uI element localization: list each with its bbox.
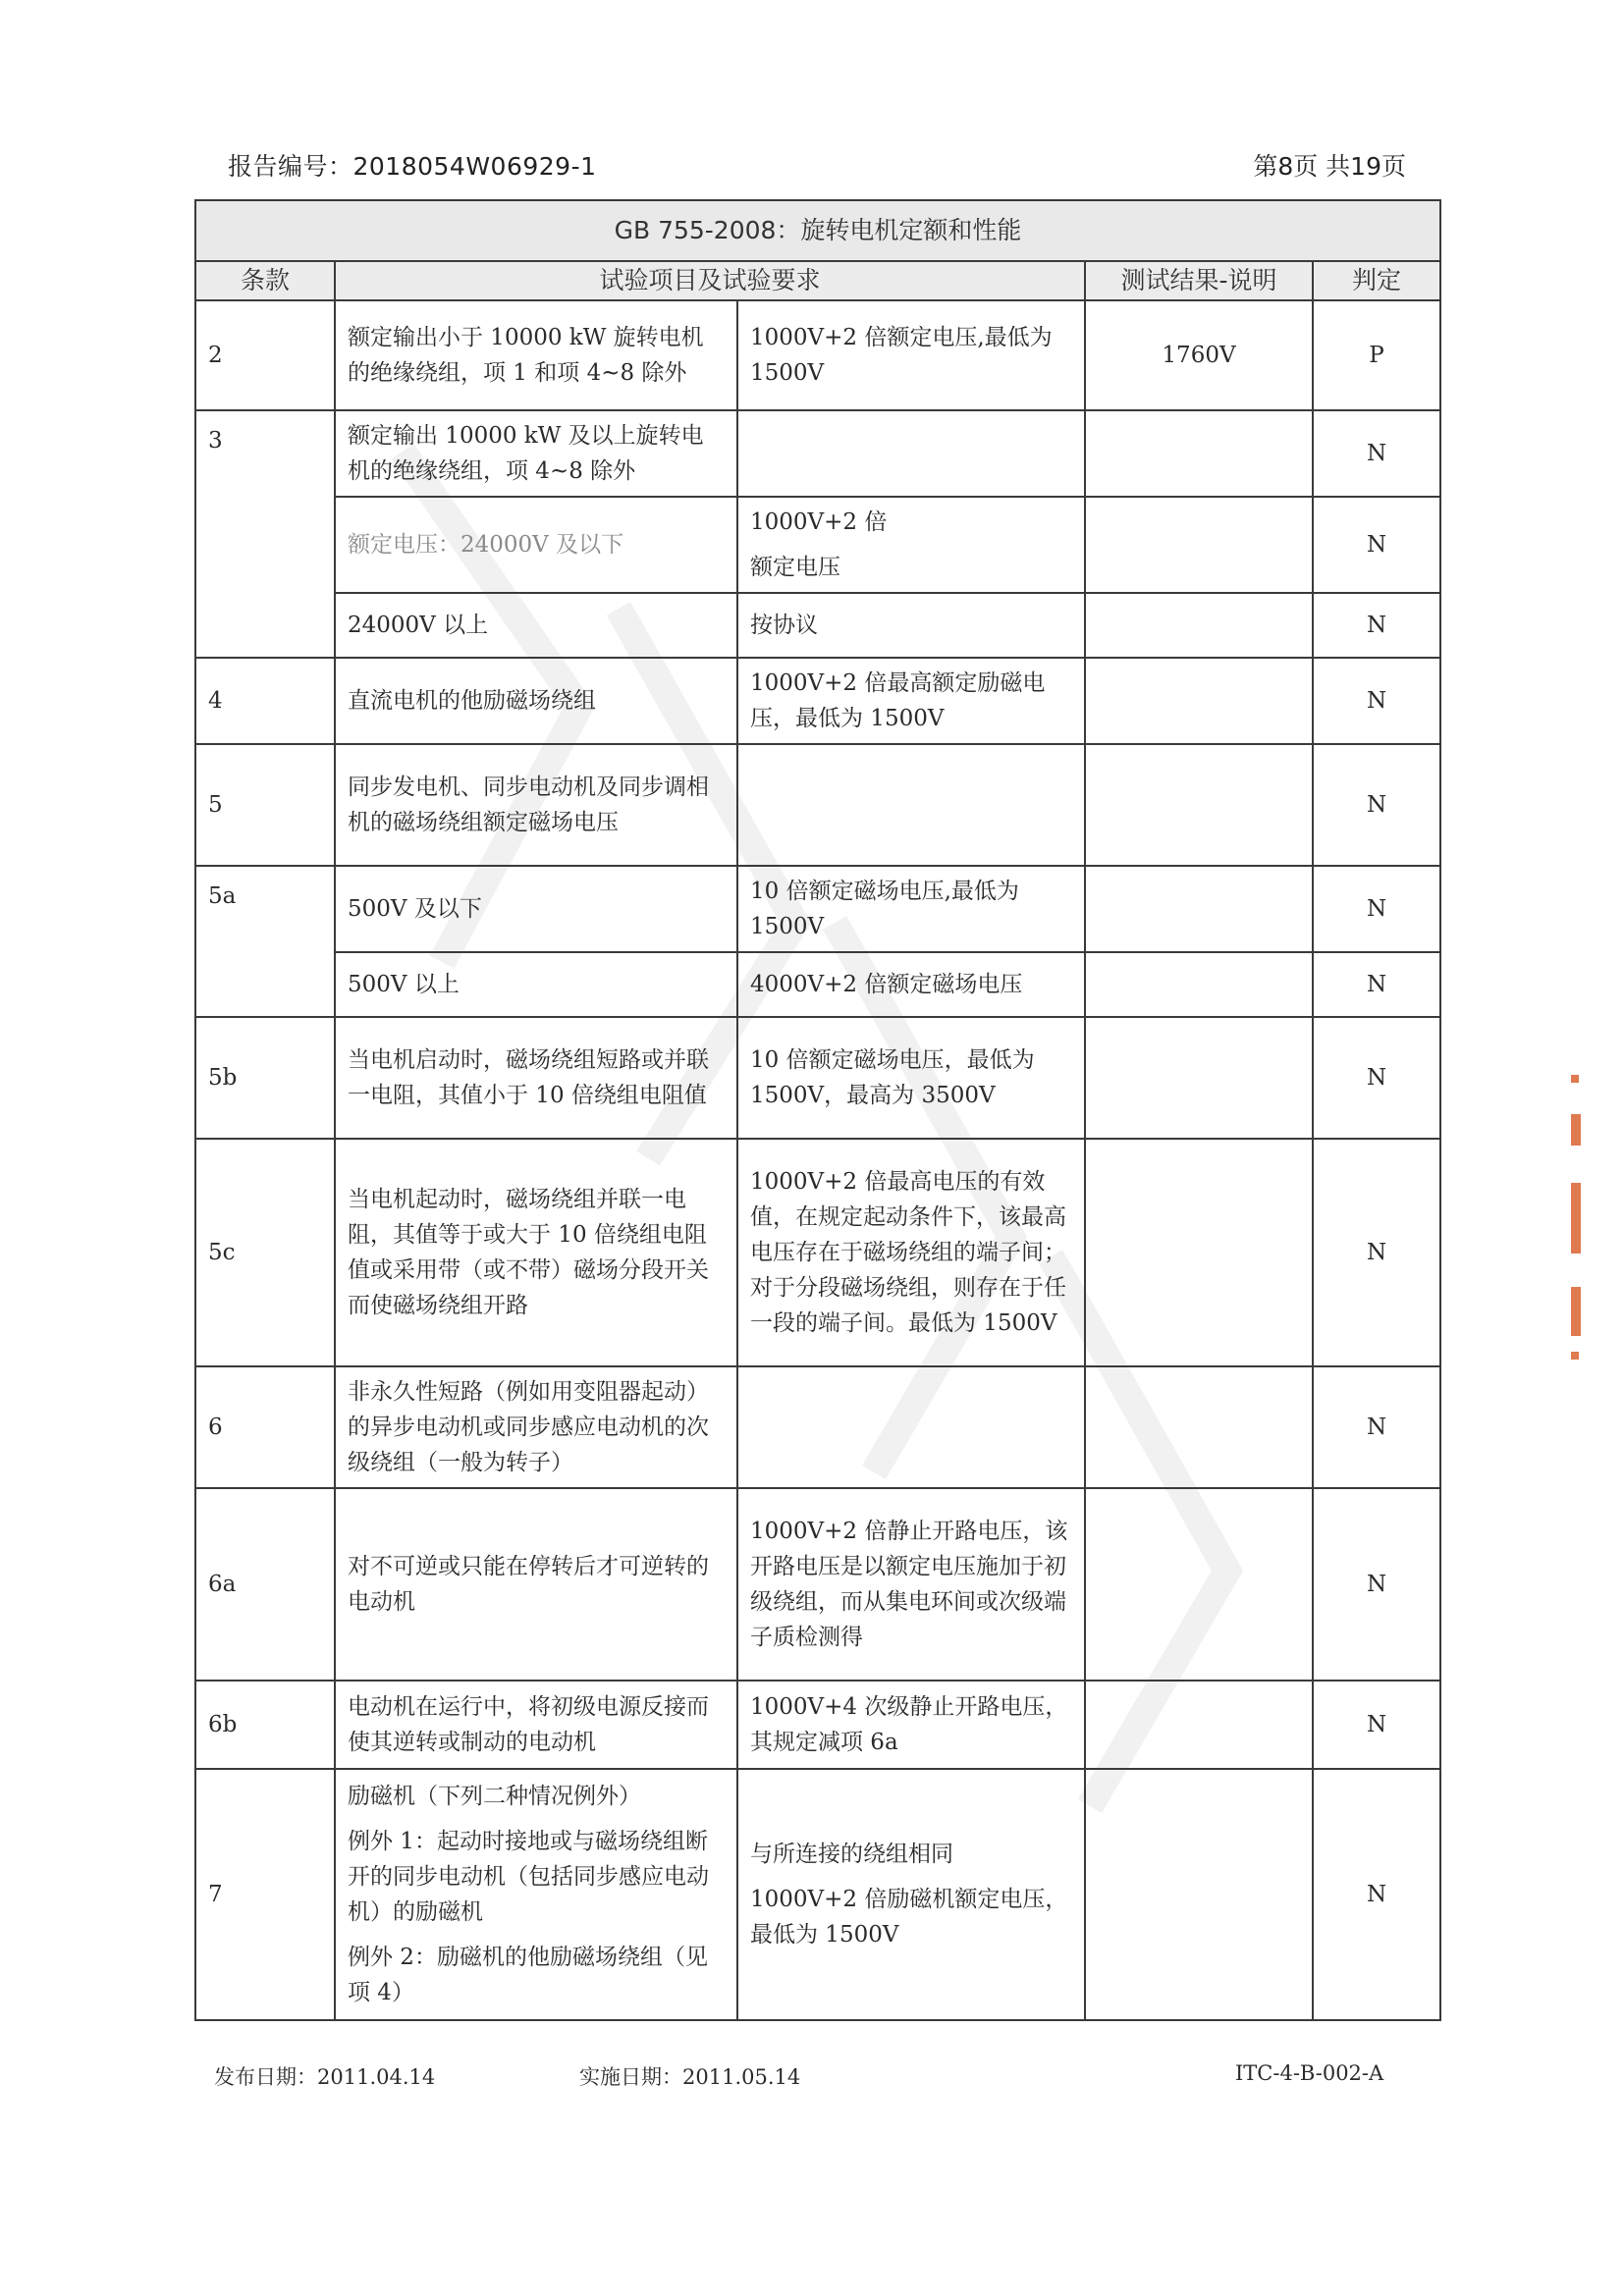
table-row: 额定电压：24000V 及以下 1000V+2 倍 额定电压 N	[195, 497, 1440, 593]
table-row: 5c 当电机起动时，磁场绕组并联一电阻，其值等于或大于 10 倍绕组电阻值或采用…	[195, 1139, 1440, 1366]
clause-cell: 6b	[195, 1681, 335, 1769]
result-cell	[1085, 1769, 1313, 2020]
result-cell	[1085, 497, 1313, 593]
page-info: 第8页 共19页	[1253, 147, 1406, 183]
clause-cell: 5b	[195, 1017, 335, 1139]
clause-cell: 6	[195, 1366, 335, 1488]
verdict-cell: N	[1313, 1017, 1440, 1139]
requirement-cell: 1000V+4 次级静止开路电压，其规定减项 6a	[737, 1681, 1085, 1769]
verdict-cell: P	[1313, 300, 1440, 410]
table-title: GB 755-2008：旋转电机定额和性能	[195, 200, 1440, 261]
requirement-cell: 1000V+2 倍 额定电压	[737, 497, 1085, 593]
item-cell: 额定输出 10000 kW 及以上旋转电机的绝缘绕组，项 4~8 除外	[335, 410, 737, 497]
result-cell	[1085, 410, 1313, 497]
seal-stamp-icon	[1571, 1075, 1583, 1360]
item-cell: 同步发电机、同步电动机及同步调相机的磁场绕组额定磁场电压	[335, 744, 737, 866]
issue-date: 发布日期：2011.04.14	[214, 2061, 435, 2091]
result-cell	[1085, 1488, 1313, 1681]
verdict-cell: N	[1313, 1681, 1440, 1769]
table-row: 500V 以上 4000V+2 倍额定磁场电压 N	[195, 952, 1440, 1017]
clause-cell: 5a	[195, 866, 335, 1017]
result-cell	[1085, 866, 1313, 952]
item-cell: 当电机起动时，磁场绕组并联一电阻，其值等于或大于 10 倍绕组电阻值或采用带（或…	[335, 1139, 737, 1366]
item-cell: 500V 以上	[335, 952, 737, 1017]
clause-cell: 6a	[195, 1488, 335, 1681]
requirement-cell	[737, 410, 1085, 497]
requirement-cell	[737, 744, 1085, 866]
result-cell	[1085, 1681, 1313, 1769]
table-row: 6b 电动机在运行中，将初级电源反接而使其逆转或制动的电动机 1000V+4 次…	[195, 1681, 1440, 1769]
requirement-line: 与所连接的绕组相同	[750, 1837, 1072, 1872]
table-row: 5 同步发电机、同步电动机及同步调相机的磁场绕组额定磁场电压 N	[195, 744, 1440, 866]
result-cell	[1085, 658, 1313, 744]
item-cell: 非永久性短路（例如用变阻器起动）的异步电动机或同步感应电动机的次级绕组（一般为转…	[335, 1366, 737, 1488]
requirement-cell: 1000V+2 倍静止开路电压，该开路电压是以额定电压施加于初级绕组，而从集电环…	[737, 1488, 1085, 1681]
table-row: 3 额定输出 10000 kW 及以上旋转电机的绝缘绕组，项 4~8 除外 N	[195, 410, 1440, 497]
verdict-cell: N	[1313, 1366, 1440, 1488]
column-header-clause: 条款	[195, 261, 335, 300]
verdict-cell: N	[1313, 744, 1440, 866]
clause-cell: 2	[195, 300, 335, 410]
requirement-cell: 与所连接的绕组相同 1000V+2 倍励磁机额定电压，最低为 1500V	[737, 1769, 1085, 2020]
item-cell: 对不可逆或只能在停转后才可逆转的电动机	[335, 1488, 737, 1681]
requirement-line: 1000V+2 倍励磁机额定电压，最低为 1500V	[750, 1882, 1072, 1952]
table-row: 7 励磁机（下列二种情况例外） 例外 1：起动时接地或与磁场绕组断开的同步电动机…	[195, 1769, 1440, 2020]
column-header-item-requirement: 试验项目及试验要求	[335, 261, 1085, 300]
item-cell: 额定电压：24000V 及以下	[335, 497, 737, 593]
requirement-cell: 10 倍额定磁场电压，最低为 1500V，最高为 3500V	[737, 1017, 1085, 1139]
table-row: 4 直流电机的他励磁场绕组 1000V+2 倍最高额定励磁电压，最低为 1500…	[195, 658, 1440, 744]
item-cell: 当电机启动时，磁场绕组短路或并联一电阻，其值小于 10 倍绕组电阻值	[335, 1017, 737, 1139]
clause-cell: 7	[195, 1769, 335, 2020]
table-row: 24000V 以上 按协议 N	[195, 593, 1440, 658]
item-cell: 额定输出小于 10000 kW 旋转电机的绝缘绕组，项 1 和项 4~8 除外	[335, 300, 737, 410]
item-cell: 500V 及以下	[335, 866, 737, 952]
requirement-line: 1000V+2 倍	[750, 505, 1072, 540]
requirement-cell: 10 倍额定磁场电压,最低为 1500V	[737, 866, 1085, 952]
verdict-cell: N	[1313, 497, 1440, 593]
result-cell	[1085, 1139, 1313, 1366]
clause-cell: 3	[195, 410, 335, 658]
item-cell: 24000V 以上	[335, 593, 737, 658]
verdict-cell: N	[1313, 952, 1440, 1017]
table-row: 2 额定输出小于 10000 kW 旋转电机的绝缘绕组，项 1 和项 4~8 除…	[195, 300, 1440, 410]
result-cell: 1760V	[1085, 300, 1313, 410]
requirement-cell: 4000V+2 倍额定磁场电压	[737, 952, 1085, 1017]
table-row: 6 非永久性短路（例如用变阻器起动）的异步电动机或同步感应电动机的次级绕组（一般…	[195, 1366, 1440, 1488]
table-row: 5b 当电机启动时，磁场绕组短路或并联一电阻，其值小于 10 倍绕组电阻值 10…	[195, 1017, 1440, 1139]
clause-cell: 5	[195, 744, 335, 866]
table-row: 6a 对不可逆或只能在停转后才可逆转的电动机 1000V+2 倍静止开路电压，该…	[195, 1488, 1440, 1681]
result-cell	[1085, 744, 1313, 866]
column-header-verdict: 判定	[1313, 261, 1440, 300]
verdict-cell: N	[1313, 593, 1440, 658]
effective-date: 实施日期：2011.05.14	[579, 2061, 800, 2091]
item-line: 励磁机（下列二种情况例外）	[348, 1779, 725, 1814]
result-cell	[1085, 593, 1313, 658]
verdict-cell: N	[1313, 658, 1440, 744]
item-cell: 励磁机（下列二种情况例外） 例外 1：起动时接地或与磁场绕组断开的同步电动机（包…	[335, 1769, 737, 2020]
item-cell: 直流电机的他励磁场绕组	[335, 658, 737, 744]
verdict-cell: N	[1313, 1769, 1440, 2020]
requirement-cell: 1000V+2 倍最高电压的有效值，在规定起动条件下，该最高电压存在于磁场绕组的…	[737, 1139, 1085, 1366]
form-code: ITC-4-B-002-A	[1235, 2061, 1383, 2085]
verdict-cell: N	[1313, 1139, 1440, 1366]
requirement-cell: 1000V+2 倍最高额定励磁电压，最低为 1500V	[737, 658, 1085, 744]
requirement-line: 额定电压	[750, 550, 1072, 585]
test-results-table: GB 755-2008：旋转电机定额和性能 条款 试验项目及试验要求 测试结果-…	[194, 199, 1441, 2021]
clause-cell: 5c	[195, 1139, 335, 1366]
page-footer: 发布日期：2011.04.14 实施日期：2011.05.14 ITC-4-B-…	[214, 2061, 1392, 2091]
requirement-cell	[737, 1366, 1085, 1488]
result-cell	[1085, 1017, 1313, 1139]
verdict-cell: N	[1313, 866, 1440, 952]
page-header: 报告编号：2018054W06929-1 第8页 共19页	[228, 145, 1406, 185]
verdict-cell: N	[1313, 410, 1440, 497]
verdict-cell: N	[1313, 1488, 1440, 1681]
result-cell	[1085, 1366, 1313, 1488]
result-cell	[1085, 952, 1313, 1017]
table-row: 5a 500V 及以下 10 倍额定磁场电压,最低为 1500V N	[195, 866, 1440, 952]
requirement-cell: 1000V+2 倍额定电压,最低为 1500V	[737, 300, 1085, 410]
item-line: 例外 1：起动时接地或与磁场绕组断开的同步电动机（包括同步感应电动机）的励磁机	[348, 1824, 725, 1930]
item-line: 例外 2：励磁机的他励磁场绕组（见项 4）	[348, 1940, 725, 2010]
column-header-result: 测试结果-说明	[1085, 261, 1313, 300]
report-number: 报告编号：2018054W06929-1	[228, 147, 597, 183]
item-cell: 电动机在运行中，将初级电源反接而使其逆转或制动的电动机	[335, 1681, 737, 1769]
requirement-cell: 按协议	[737, 593, 1085, 658]
clause-cell: 4	[195, 658, 335, 744]
